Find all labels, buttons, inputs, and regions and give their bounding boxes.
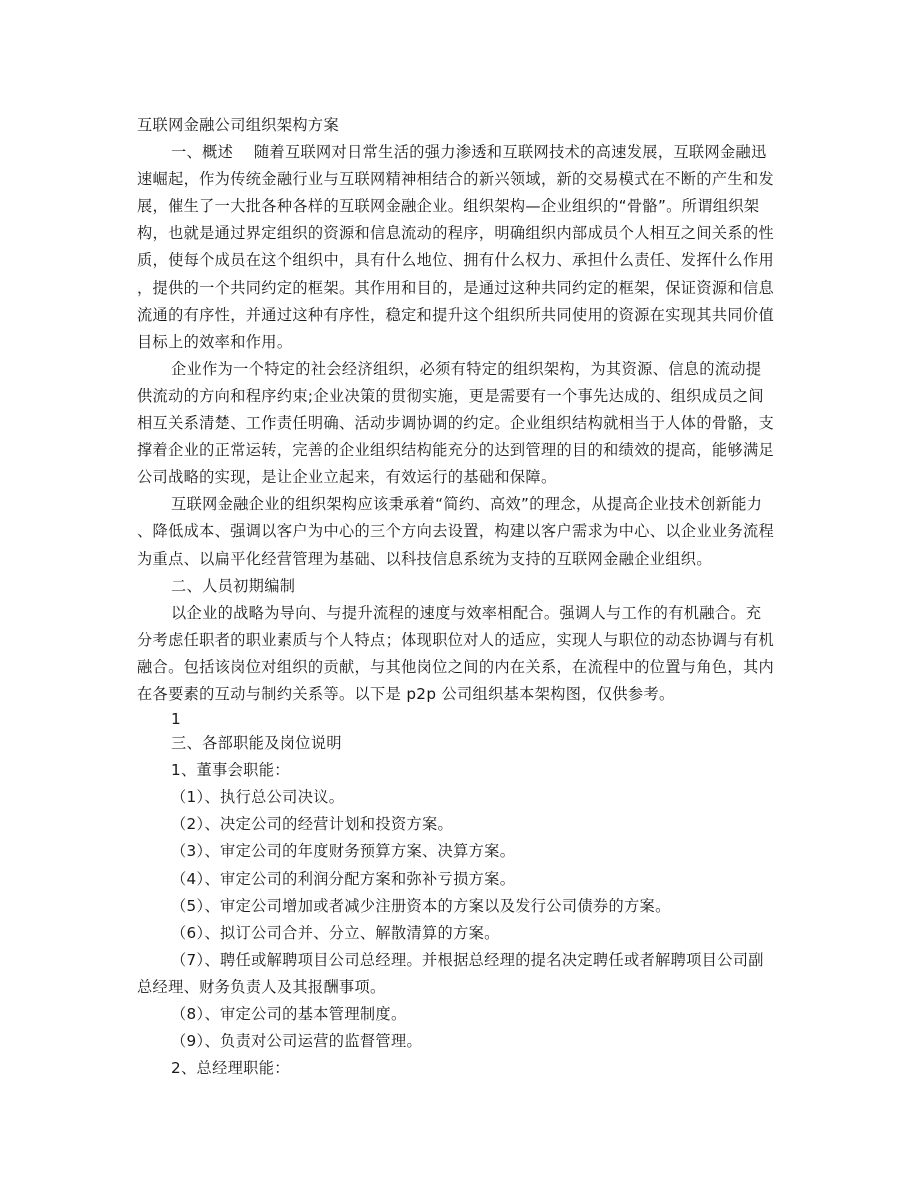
list-item: （5）、审定公司增加或者减少注册资本的方案以及发行公司债券的方案。 bbox=[137, 893, 785, 920]
paragraph-line: 、降低成本、强调以客户为中心的三个方向去设置，构建以客户需求为中心、以企业业务流… bbox=[137, 518, 785, 545]
subheading-gm-functions: 2、总经理职能： bbox=[137, 1055, 785, 1082]
paragraph-line: 互联网金融企业的组织架构应该秉承着“简约、高效”的理念，从提高企业技术创新能力 bbox=[137, 491, 785, 518]
paragraph-line: 相互关系清楚、工作责任明确、活动步调协调的约定。企业组织结构就相当于人体的骨骼，… bbox=[137, 410, 785, 437]
section-heading-staffing: 二、人员初期编制 bbox=[137, 573, 785, 600]
list-item: （4）、审定公司的利润分配方案和弥补亏损方案。 bbox=[137, 866, 785, 893]
paragraph-line: 供流动的方向和程序约束;企业决策的贯彻实施，更是需要有一个事先达成的、组织成员之… bbox=[137, 383, 785, 410]
paragraph-line: 目标上的效率和作用。 bbox=[137, 329, 785, 356]
paragraph-line: 构，也就是通过界定组织的资源和信息流动的程序，明确组织内部成员个人相互之间关系的… bbox=[137, 220, 785, 247]
list-item-continuation: 总经理、财务负责人及其报酬事项。 bbox=[137, 974, 785, 1001]
list-item: （6）、拟订公司合并、分立、解散清算的方案。 bbox=[137, 920, 785, 947]
subheading-board-functions: 1、董事会职能： bbox=[137, 757, 785, 784]
document-title: 互联网金融公司组织架构方案 bbox=[137, 112, 785, 139]
paragraph-line: 为重点、以扁平化经营管理为基础、以科技信息系统为支持的互联网金融企业组织。 bbox=[137, 546, 785, 573]
list-item: （9）、负责对公司运营的监督管理。 bbox=[137, 1028, 785, 1055]
paragraph-line: 在各要素的互动与制约关系等。以下是 p2p 公司组织基本架构图，仅供参考。 bbox=[137, 681, 785, 708]
list-item: （8）、审定公司的基本管理制度。 bbox=[137, 1001, 785, 1028]
section-heading-overview: 一、概述 随着互联网对日常生活的强力渗透和互联网技术的高速发展，互联网金融迅 bbox=[137, 139, 785, 166]
paragraph-line: 展，催生了一大批各种各样的互联网金融企业。组织架构—企业组织的“骨骼”。所谓组织… bbox=[137, 193, 785, 220]
paragraph-line: 流通的有序性，并通过这种有序性，稳定和提升这个组织所共同使用的资源在实现其共同价… bbox=[137, 302, 785, 329]
paragraph-line: 以企业的战略为导向、与提升流程的速度与效率相配合。强调人与工作的有机融合。充 bbox=[137, 600, 785, 627]
paragraph-line: 质，使每个成员在这个组织中，具有什么地位、拥有什么权力、承担什么责任、发挥什么作… bbox=[137, 247, 785, 274]
paragraph-line: 分考虑任职者的职业素质与个人特点；体现职位对人的适应，实现人与职位的动态协调与有… bbox=[137, 627, 785, 654]
paragraph-line: 速崛起，作为传统金融行业与互联网精神相结合的新兴领域，新的交易模式在不断的产生和… bbox=[137, 166, 785, 193]
paragraph-line: 公司战略的实现，是让企业立起来，有效运行的基础和保障。 bbox=[137, 464, 785, 491]
document-page: 互联网金融公司组织架构方案 一、概述 随着互联网对日常生活的强力渗透和互联网技术… bbox=[137, 112, 785, 1082]
list-item: （1）、执行总公司决议。 bbox=[137, 784, 785, 811]
list-item: （7）、聘任或解聘项目公司总经理。并根据总经理的提名决定聘任或者解聘项目公司副 bbox=[137, 947, 785, 974]
paragraph-line: 企业作为一个特定的社会经济组织，必须有特定的组织架构，为其资源、信息的流动提 bbox=[137, 356, 785, 383]
paragraph-line: 撑着企业的正常运转，完善的企业组织结构能充分的达到管理的目的和绩效的提高，能够满… bbox=[137, 437, 785, 464]
section-heading-department-functions: 三、各部职能及岗位说明 bbox=[137, 730, 785, 757]
figure-placeholder-number: 1 bbox=[137, 708, 785, 730]
paragraph-line: ，提供的一个共同约定的框架。其作用和目的，是通过这种共同约定的框架，保证资源和信… bbox=[137, 275, 785, 302]
list-item: （2）、决定公司的经营计划和投资方案。 bbox=[137, 811, 785, 838]
list-item: （3）、审定公司的年度财务预算方案、决算方案。 bbox=[137, 838, 785, 865]
paragraph-line: 融合。包括该岗位对组织的贡献，与其他岗位之间的内在关系，在流程中的位置与角色，其… bbox=[137, 654, 785, 681]
